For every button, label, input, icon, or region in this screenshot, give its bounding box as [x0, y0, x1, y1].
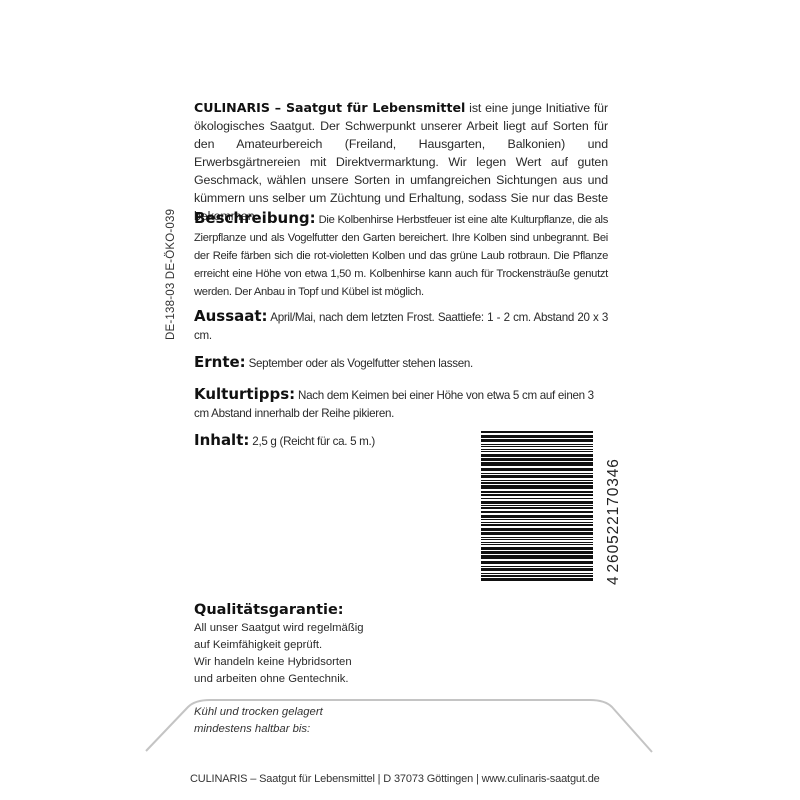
storage-line: mindestens haltbar bis:	[194, 721, 323, 738]
footer-address: CULINARIS – Saatgut für Lebensmittel | D…	[190, 773, 600, 785]
label-border-curve	[0, 0, 800, 800]
storage-info: Kühl und trocken gelagert mindestens hal…	[194, 704, 323, 738]
storage-line: Kühl und trocken gelagert	[194, 704, 323, 721]
